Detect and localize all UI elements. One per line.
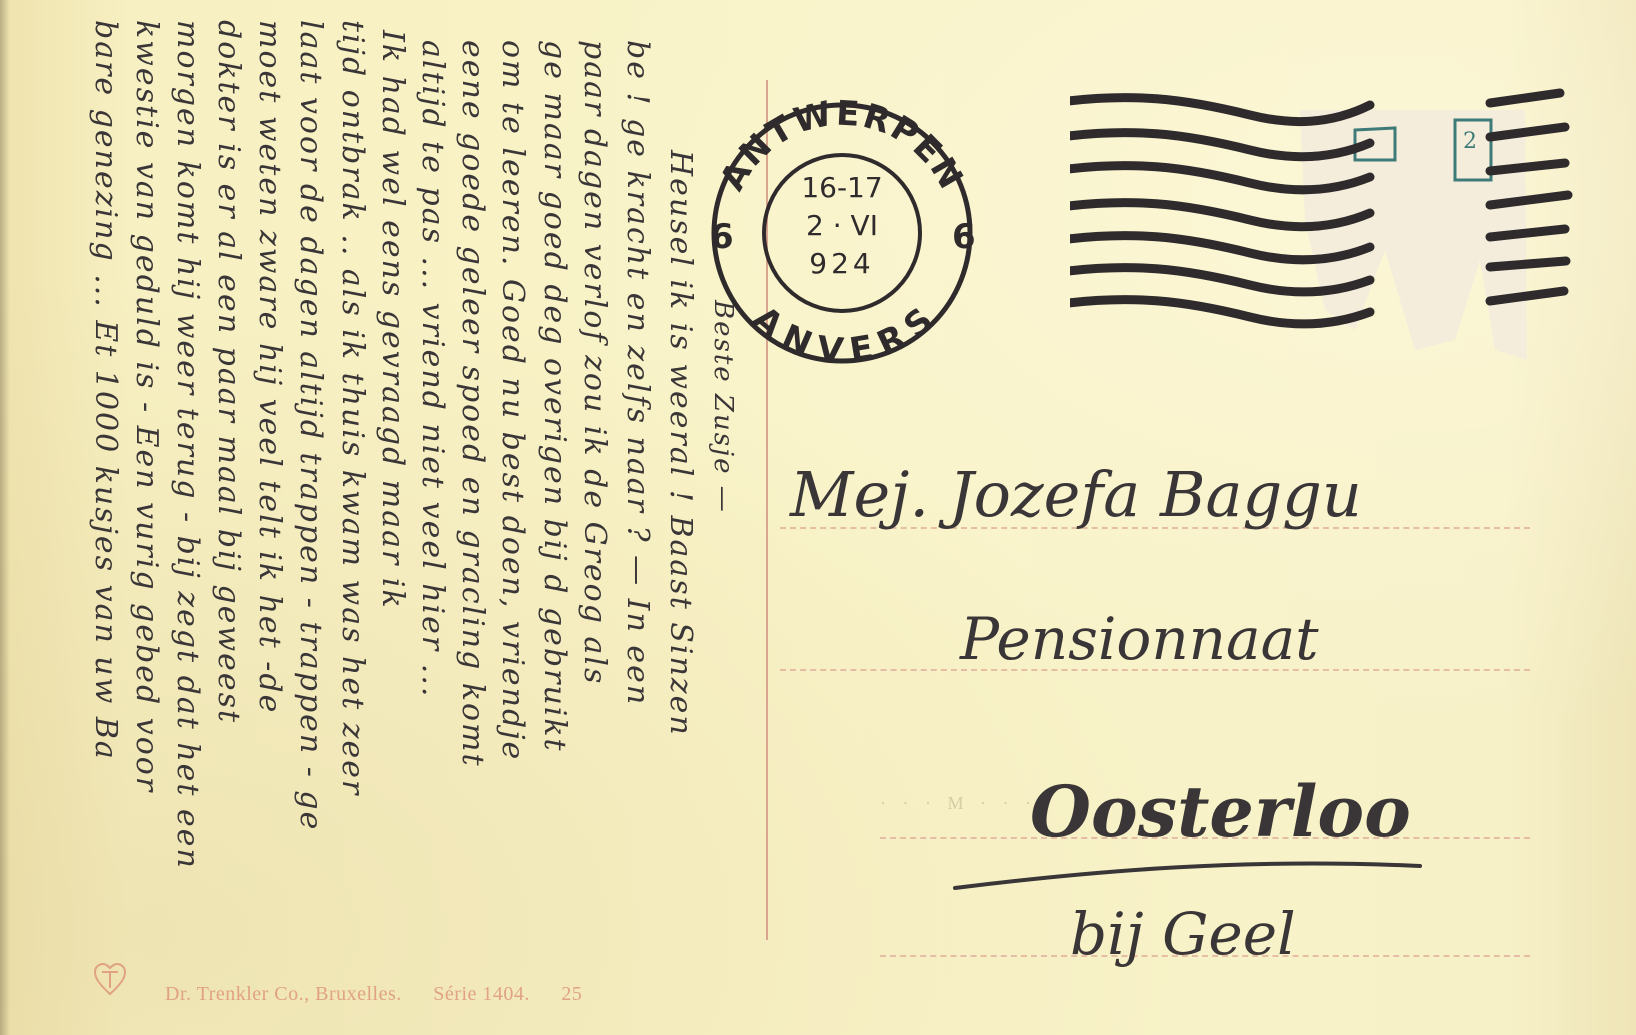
postmark-office-right: 6 (952, 217, 976, 257)
message-line: tijd ontbrak .. als ik thuis kwam was he… (335, 20, 370, 796)
message-line: om te leeren. Goed nu best doen, vriendj… (495, 40, 530, 761)
address-town: Oosterloo (1030, 770, 1411, 853)
message-line: morgen komt hij weer terug - bij zegt da… (170, 20, 205, 870)
card-edge-shadow (0, 0, 10, 1035)
message-line: moet weten zware hij veel telt ik het -d… (252, 20, 287, 714)
postmark-office-left: 6 (710, 217, 734, 257)
address-recipient-name: Mej. Jozefa Baggu (790, 458, 1362, 531)
message-line: paar dagen verlof zou ik de Greog als (577, 40, 612, 685)
message-line: eene goede geleer spoed en gracling komt (455, 40, 490, 768)
postmark-circular-datestamp: ANTWERPEN ANVERS 6 6 16-17 2 · VI 924 (690, 85, 990, 375)
postmark-date: 2 · VI (806, 209, 878, 242)
publisher-imprint: Dr. Trenkler Co., Bruxelles. Série 1404.… (165, 983, 608, 1006)
message-line: ge maar goed deg overigen bij d gebruikt (537, 40, 572, 753)
publisher-name: Dr. Trenkler Co., Bruxelles. (165, 983, 402, 1005)
message-line: dokter is er al een paar maal bij gewees… (211, 20, 246, 724)
address-region: bij Geel (1070, 900, 1296, 968)
postmark-year: 924 (809, 247, 874, 280)
message-line: be ! ge kracht en zelfs naar ? — In een (620, 40, 655, 706)
address-institution: Pensionnaat (960, 605, 1319, 673)
message-line: kwestie van geduld is - Een vurig gebed … (129, 20, 164, 793)
publisher-card-number: 25 (561, 983, 582, 1005)
publisher-series: Série 1404. (433, 983, 530, 1005)
message-line: Ik had wel eens gevraagd maar ik (375, 30, 410, 610)
message-line: altijd te pas ... vriend niet veel hier … (415, 40, 450, 698)
postcard: Beste Zusje — Heusel ik is weeral ! Baas… (0, 0, 1636, 1035)
town-underline-stroke (950, 850, 1430, 890)
message-line: laat voor de dagen altijd trappen - trap… (293, 20, 328, 831)
wavy-cancellation-lines (1070, 85, 1630, 335)
faint-printed-text: · · · M · · · (880, 793, 1037, 814)
postmark-time: 16-17 (801, 171, 882, 204)
tg-monogram-heart-logo (93, 962, 127, 996)
message-line: bare genezing ... Et 1000 kusjes van uw … (88, 20, 123, 761)
